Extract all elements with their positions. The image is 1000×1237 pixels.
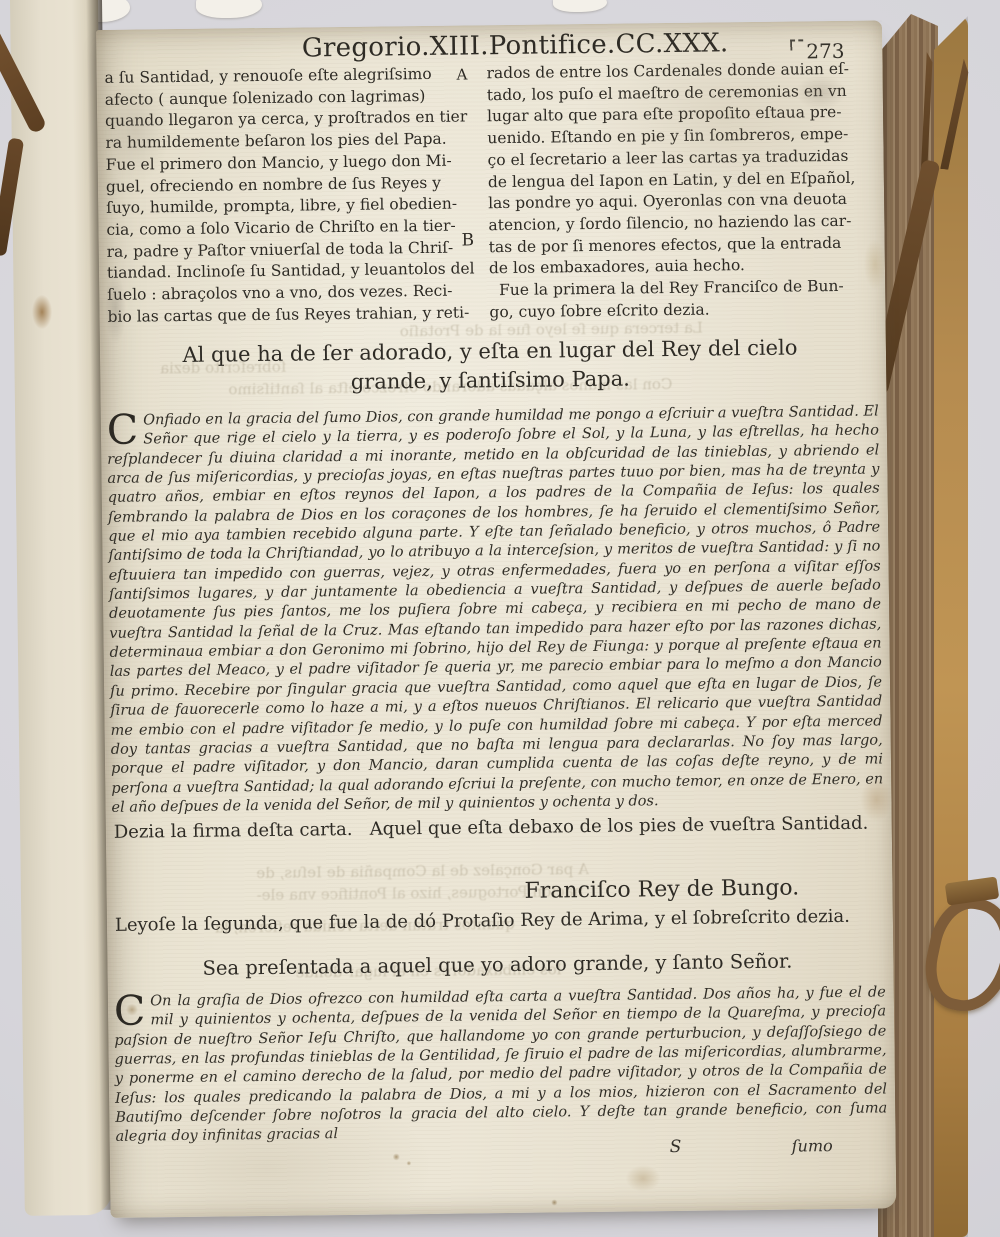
right-column: rados de entre los Cardenales donde auia… <box>486 58 879 323</box>
letter-address-heading-2: Sea preſentada a aquel que yo adoro gran… <box>147 949 847 981</box>
vellum-cover-edge <box>934 16 968 1237</box>
two-column-text: a ſu Santidad, y renouoſe eſte alegriſsi… <box>104 58 879 328</box>
pen-bracket-mark <box>790 39 803 50</box>
signature-intro-line: Dezia la firma deſta carta. Aquel que eſ… <box>114 812 892 843</box>
letter-body-2: COn la graſia de Dios ofrezco con humild… <box>114 983 888 1147</box>
second-letter-intro-line: Leyoſe la ſegunda, que fue la de dó Prot… <box>115 905 893 936</box>
tissue-paper <box>553 0 607 12</box>
letter-body-1: COnfiado en la gracia del ſumo Dios, con… <box>107 402 884 818</box>
catchword: ſumo <box>792 1136 833 1155</box>
dropcap-initial: C <box>114 992 151 1028</box>
text-line: go, cuyo ſobre eſcrito dezia. <box>489 297 879 323</box>
letter-address-heading-1: Al que ha de ſer adorado, y eſta en luga… <box>170 333 811 399</box>
dropcap-initial: C <box>107 411 144 447</box>
text-line: bio las cartas que de ſus Reyes trahian,… <box>107 302 459 328</box>
gathering-signature: S <box>670 1137 682 1157</box>
margin-letter-a: A <box>456 65 467 83</box>
tissue-paper <box>196 0 262 18</box>
left-column: a ſu Santidad, y renouoſe eſte alegriſsi… <box>104 64 459 329</box>
photo-scene: La tercera que ſe leyo fue la de Protaſi… <box>0 0 1000 1237</box>
margin-letter-b: B <box>461 230 474 250</box>
book-page: La tercera que ſe leyo fue la de Protaſi… <box>96 20 896 1218</box>
stain <box>550 1198 558 1206</box>
signature-francisco: Franciſco Rey de Bungo. <box>524 875 799 903</box>
stain <box>406 1160 412 1166</box>
stain <box>392 1152 401 1161</box>
letter-text-1: Onfiado en la gracia del ſumo Dios, con … <box>107 403 883 815</box>
letter-text-2: On la graſia de Dios ofrezco con humilda… <box>114 984 887 1145</box>
stain <box>618 1159 668 1198</box>
